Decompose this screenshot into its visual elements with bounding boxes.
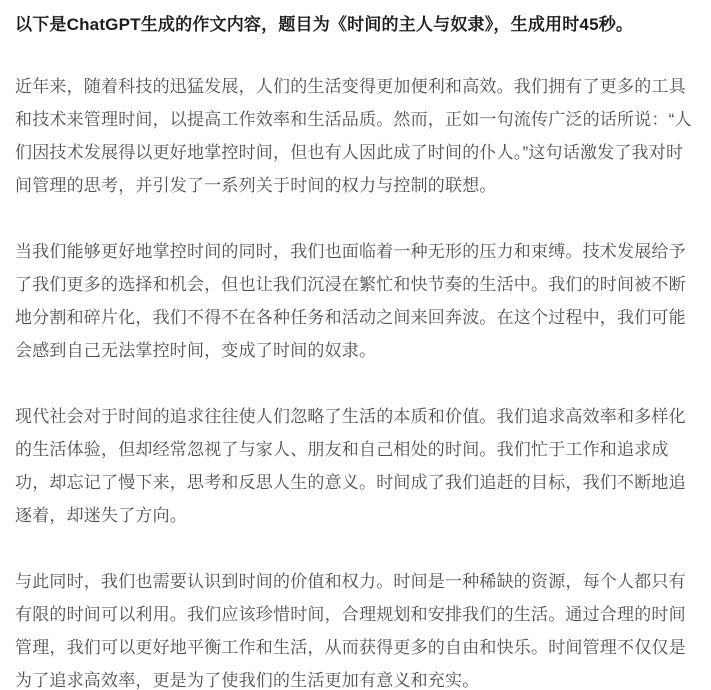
essay-paragraph-2: 当我们能够更好地掌控时间的同时，我们也面临着一种无形的压力和束缚。技术发展给予了… (15, 235, 696, 367)
essay-paragraph-1: 近年来，随着科技的迅猛发展，人们的生活变得更加便利和高效。我们拥有了更多的工具和… (15, 70, 696, 202)
essay-intro-line: 以下是ChatGPT生成的作文内容，题目为《时间的主人与奴隶》，生成用时45秒。 (15, 8, 696, 41)
essay-paragraph-3: 现代社会对于时间的追求往往使人们忽略了生活的本质和价值。我们追求高效率和多样化的… (15, 400, 696, 532)
essay-document: 以下是ChatGPT生成的作文内容，题目为《时间的主人与奴隶》，生成用时45秒。… (0, 0, 711, 690)
essay-paragraph-4: 与此同时，我们也需要认识到时间的价值和权力。时间是一种稀缺的资源，每个人都只有有… (15, 565, 696, 690)
